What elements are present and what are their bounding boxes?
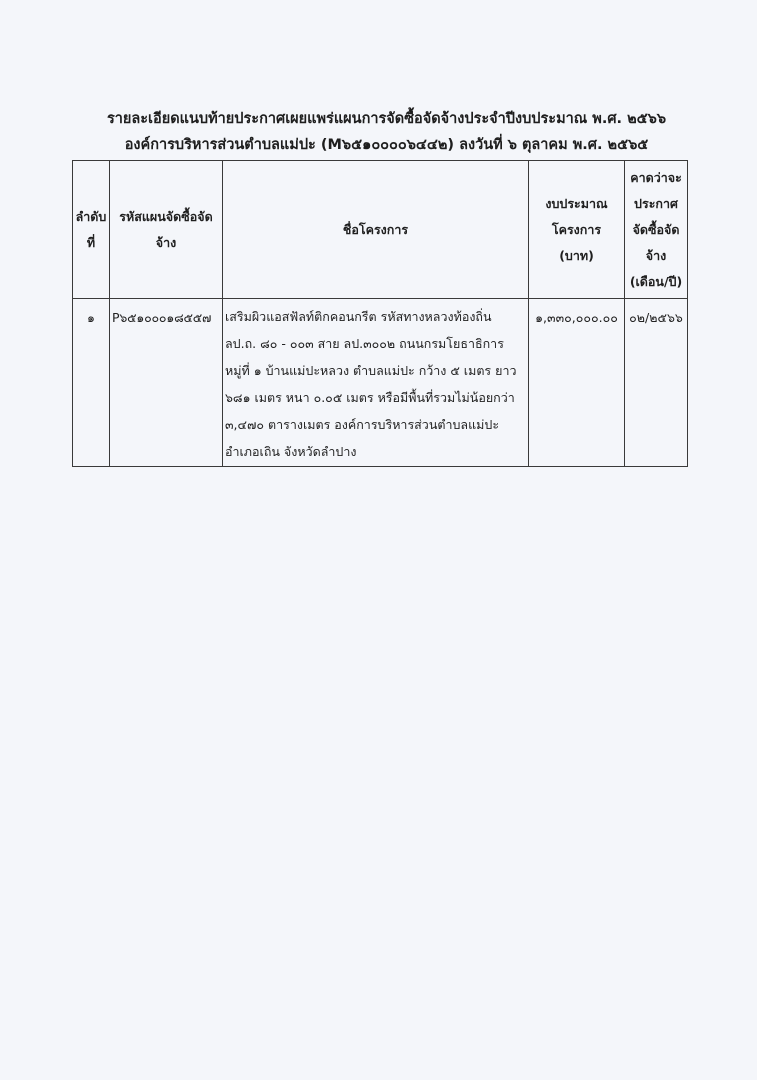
document-subtitle: องค์การบริหารส่วนตำบลแม่ปะ (M๖๕๑๐๐๐๐๖๔๔๒… xyxy=(8,133,757,156)
header-no: ลำดับ ที่ xyxy=(73,161,110,299)
cell-no: ๑ xyxy=(73,299,110,467)
header-expected-date: คาดว่าจะ ประกาศ จัดซื้อจัด จ้าง (เดือน/ป… xyxy=(625,161,688,299)
procurement-plan-table: ลำดับ ที่ รหัสแผนจัดซื้อจัด จ้าง ชื่อโคร… xyxy=(72,160,688,467)
table-row: ๑ P๖๕๑๐๐๐๑๘๕๕๗ เสริมผิวแอสฟัลท์ติกคอนกรี… xyxy=(73,299,688,467)
cell-budget: ๑,๓๓๐,๐๐๐.๐๐ xyxy=(529,299,625,467)
cell-project-name: เสริมผิวแอสฟัลท์ติกคอนกรีต รหัสทางหลวงท้… xyxy=(223,299,529,467)
cell-plan-code: P๖๕๑๐๐๐๑๘๕๕๗ xyxy=(110,299,223,467)
table-header-row: ลำดับ ที่ รหัสแผนจัดซื้อจัด จ้าง ชื่อโคร… xyxy=(73,161,688,299)
header-project-name: ชื่อโครงการ xyxy=(223,161,529,299)
header-plan-code: รหัสแผนจัดซื้อจัด จ้าง xyxy=(110,161,223,299)
header-budget: งบประมาณ โครงการ (บาท) xyxy=(529,161,625,299)
document-title: รายละเอียดแนบท้ายประกาศเผยแพร่แผนการจัดซ… xyxy=(8,107,757,130)
cell-expected-date: ๐๒/๒๕๖๖ xyxy=(625,299,688,467)
